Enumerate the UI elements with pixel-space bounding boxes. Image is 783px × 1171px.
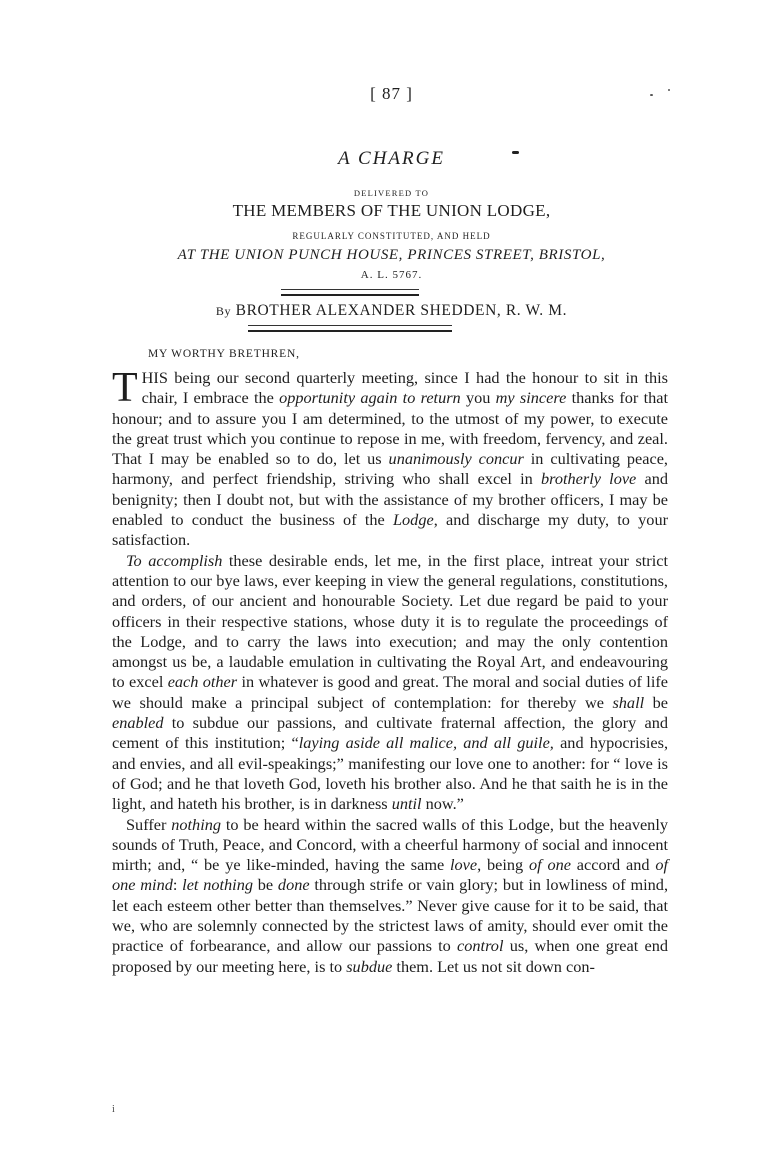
italic-run: of one <box>529 855 571 874</box>
paragraph-3: Suffer nothing to be heard within the sa… <box>112 815 668 977</box>
italic-run: unanimously concur <box>389 449 524 468</box>
delivered-to-label: delivered to <box>0 188 783 198</box>
paragraph-1: T HIS being our second quarterly meeting… <box>112 368 668 551</box>
italic-run: love <box>450 855 477 874</box>
italic-run: each other <box>168 672 237 691</box>
paragraph-content: Suffer nothing to be heard within the sa… <box>112 815 668 976</box>
recipients-heading: THE MEMBERS OF THE UNION LODGE, <box>0 201 783 221</box>
page-number: [ 87 ] <box>0 84 783 104</box>
italic-run: Lodge <box>393 510 434 529</box>
italic-run: shall <box>612 693 644 712</box>
text-run: them. Let us not sit down con- <box>392 957 595 976</box>
paragraph-content: To accomplish these desirable ends, let … <box>112 551 668 814</box>
italic-run: subdue <box>346 957 392 976</box>
italic-run: enabled <box>112 713 164 732</box>
paragraph-2: To accomplish these desirable ends, let … <box>112 551 668 815</box>
italic-run: until <box>392 794 422 813</box>
italic-run: let nothing <box>182 875 253 894</box>
divider-rule <box>281 289 419 296</box>
salutation: My Worthy Brethren, <box>148 348 300 360</box>
drop-cap: T <box>112 371 138 405</box>
text-run: accord and <box>571 855 655 874</box>
italic-run: control <box>457 936 503 955</box>
text-run: be <box>644 693 668 712</box>
author-line: By BROTHER ALEXANDER SHEDDEN, R. W. M. <box>0 302 783 320</box>
italic-run: my sincere <box>496 388 567 407</box>
ink-speck <box>650 94 653 96</box>
italic-run: brotherly love <box>541 469 636 488</box>
catchword: i <box>112 1104 115 1115</box>
constituted-label: regularly constituted, and held <box>0 231 783 241</box>
text-run: now.” <box>422 794 464 813</box>
author-by: By <box>216 304 231 318</box>
italic-run: done <box>278 875 310 894</box>
italic-run: opportunity again to return <box>279 388 461 407</box>
text-run: : <box>173 875 182 894</box>
text-run: Suffer <box>126 815 171 834</box>
text-run: , being <box>477 855 529 874</box>
ink-speck <box>668 89 670 91</box>
italic-run: nothing <box>171 815 221 834</box>
document-title: A CHARGE <box>0 148 783 170</box>
divider-rule <box>248 325 452 332</box>
body-text: T HIS being our second quarterly meeting… <box>112 368 668 977</box>
italic-run: To accomplish <box>126 551 222 570</box>
author-name: BROTHER ALEXANDER SHEDDEN, R. W. M. <box>236 302 567 319</box>
text-run: be <box>253 875 278 894</box>
text-run: these desirable ends, let me, in the fir… <box>112 551 668 692</box>
paragraph-content: HIS being our second quarterly meeting, … <box>112 368 668 549</box>
italic-run: laying aside all malice, and all guile, <box>299 733 554 752</box>
year-label: A. L. 5767. <box>0 269 783 281</box>
text-run: you <box>461 388 496 407</box>
location-heading: AT THE UNION PUNCH HOUSE, PRINCES STREET… <box>0 247 783 264</box>
